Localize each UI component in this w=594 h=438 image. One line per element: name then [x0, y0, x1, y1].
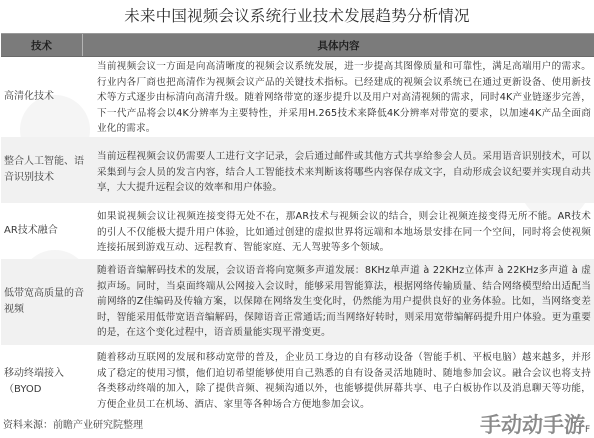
row-tech: 高清化技术: [1, 57, 87, 137]
header-content: 具体内容: [83, 34, 594, 56]
table-row: 高清化技术 当前视频会议一方面是向高清晰度的视频会议系统发展，进一步提高其图像质…: [1, 57, 594, 137]
row-content: 随着移动互联网的发展和移动宽带的普及，企业员工身边的自有移动设备（智能手机、平板…: [87, 345, 591, 419]
row-content: 如果说视频会议让视频连接变得无处不在，那AR技术与视频会议的结合，则会让视频连接…: [87, 203, 591, 259]
header-tech: 技术: [1, 34, 83, 56]
source-note: 资料来源：前瞻产业研究院整理: [3, 416, 143, 431]
watermark-brand: 手动动手游F: [480, 409, 590, 438]
page-title: 未来中国视频会议系统行业技术发展趋势分析情况: [0, 4, 594, 26]
row-tech: 移动终端接入（BYOD: [1, 345, 87, 419]
watermark-tail: F: [585, 425, 590, 435]
row-tech: 低带宽高质量的音视频: [1, 259, 87, 345]
table-row: 整合人工智能、语音识别技术 当前远程视频会议仍需要人工进行文字记录，会后通过邮件…: [1, 137, 594, 203]
row-tech: AR技术融合: [1, 203, 87, 259]
table-row: 低带宽高质量的音视频 随着语音编解码技术的发展，会议语音将向宽频多声道发展：8K…: [1, 259, 594, 345]
row-content: 随着语音编解码技术的发展，会议语音将向宽频多声道发展：8KHz单声道 à 22K…: [87, 259, 591, 345]
row-content: 当前视频会议一方面是向高清晰度的视频会议系统发展，进一步提高其图像质量和可靠性，…: [87, 57, 591, 137]
row-tech: 整合人工智能、语音识别技术: [1, 137, 87, 203]
table-row: 移动终端接入（BYOD 随着移动互联网的发展和移动宽带的普及，企业员工身边的自有…: [1, 345, 594, 419]
trend-table: 技术 具体内容 高清化技术 当前视频会议一方面是向高清晰度的视频会议系统发展，进…: [1, 33, 594, 419]
row-content: 当前远程视频会议仍需要人工进行文字记录，会后通过邮件或其他方式共享给参会人员。采…: [87, 137, 591, 203]
watermark-text: 手动动手游: [480, 413, 585, 437]
table-header: 技术 具体内容: [1, 33, 594, 57]
table-row: AR技术融合 如果说视频会议让视频连接变得无处不在，那AR技术与视频会议的结合，…: [1, 203, 594, 259]
